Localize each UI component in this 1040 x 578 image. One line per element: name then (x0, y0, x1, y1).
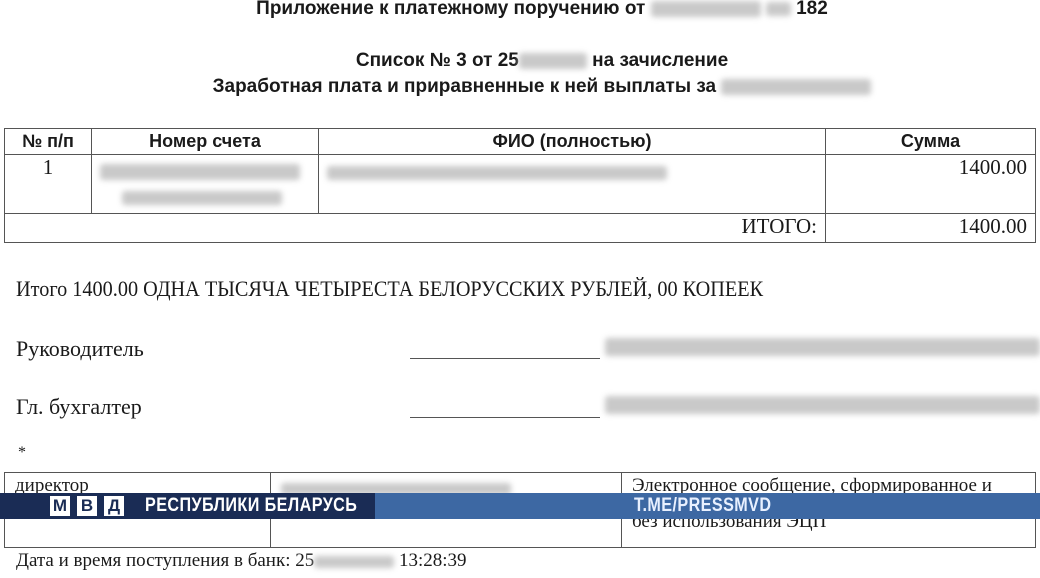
order-number: 182 (796, 0, 828, 19)
bank-receipt-time: 13:28:39 (399, 550, 467, 571)
table-header: № п/п Номер счета ФИО (полностью) Сумма (5, 129, 1036, 155)
redacted-receipt-date (314, 556, 394, 568)
director-label: Руководитель (16, 336, 144, 362)
director-signature-line (410, 358, 600, 359)
bank-receipt-label: Дата и время поступления в банк: (16, 550, 291, 571)
account-cell (92, 155, 319, 214)
table-row: 1 1400.00 (5, 155, 1036, 214)
accountant-label: Гл. бухгалтер (16, 394, 142, 420)
title-text: Приложение к платежному поручению от (256, 0, 645, 19)
total-row: ИТОГО: 1400.00 (5, 214, 1036, 243)
amount-cell: 1400.00 (826, 155, 1036, 214)
list-purpose: на зачисление (592, 50, 728, 71)
redacted-account-line2 (122, 191, 282, 205)
redacted-list-date (519, 53, 587, 69)
redacted-fio (327, 166, 667, 180)
fio-cell (319, 155, 826, 214)
redacted-director-name (605, 338, 1040, 356)
banner-org-text: РЕСПУБЛИКИ БЕЛАРУСЬ (145, 495, 357, 517)
mvd-letter-d: Д (104, 496, 124, 516)
col-fio: ФИО (полностью) (319, 129, 826, 155)
bank-receipt-date: 25 (295, 550, 314, 571)
row-number: 1 (5, 155, 92, 214)
amount-in-words: Итого 1400.00 ОДНА ТЫСЯЧА ЧЕТЫРЕСТА БЕЛО… (16, 276, 763, 302)
mvd-watermark-banner: М В Д РЕСПУБЛИКИ БЕЛАРУСЬ T.ME/PRESSMVD (0, 493, 1040, 519)
col-account: Номер счета (92, 129, 319, 155)
redacted-period (721, 79, 871, 95)
footnote-marker: * (18, 444, 26, 462)
total-amount: 1400.00 (826, 214, 1036, 243)
col-number: № п/п (5, 129, 92, 155)
payment-subject-text: Заработная плата и приравненные к ней вы… (213, 76, 717, 97)
redacted-date (651, 1, 761, 17)
mvd-letter-m: М (50, 496, 70, 516)
banner-channel-link: T.ME/PRESSMVD (634, 495, 771, 517)
bank-receipt: Дата и время поступления в банк: 25 13:2… (16, 550, 467, 572)
redacted-account-line1 (100, 164, 300, 180)
list-number-text: Список № 3 от 25 (356, 50, 519, 71)
payment-subject: Заработная плата и приравненные к ней вы… (0, 76, 1040, 98)
total-label: ИТОГО: (5, 214, 826, 243)
mvd-letter-v: В (77, 496, 97, 516)
accountant-signature-line (410, 417, 600, 418)
payroll-table: № п/п Номер счета ФИО (полностью) Сумма … (4, 128, 1036, 243)
document-title: Приложение к платежному поручению от 182 (0, 0, 1040, 20)
redacted-number-sign (766, 2, 791, 16)
col-amount: Сумма (826, 129, 1036, 155)
list-title: Список № 3 от 25 на зачисление (0, 50, 1040, 72)
redacted-accountant-name (605, 396, 1040, 414)
